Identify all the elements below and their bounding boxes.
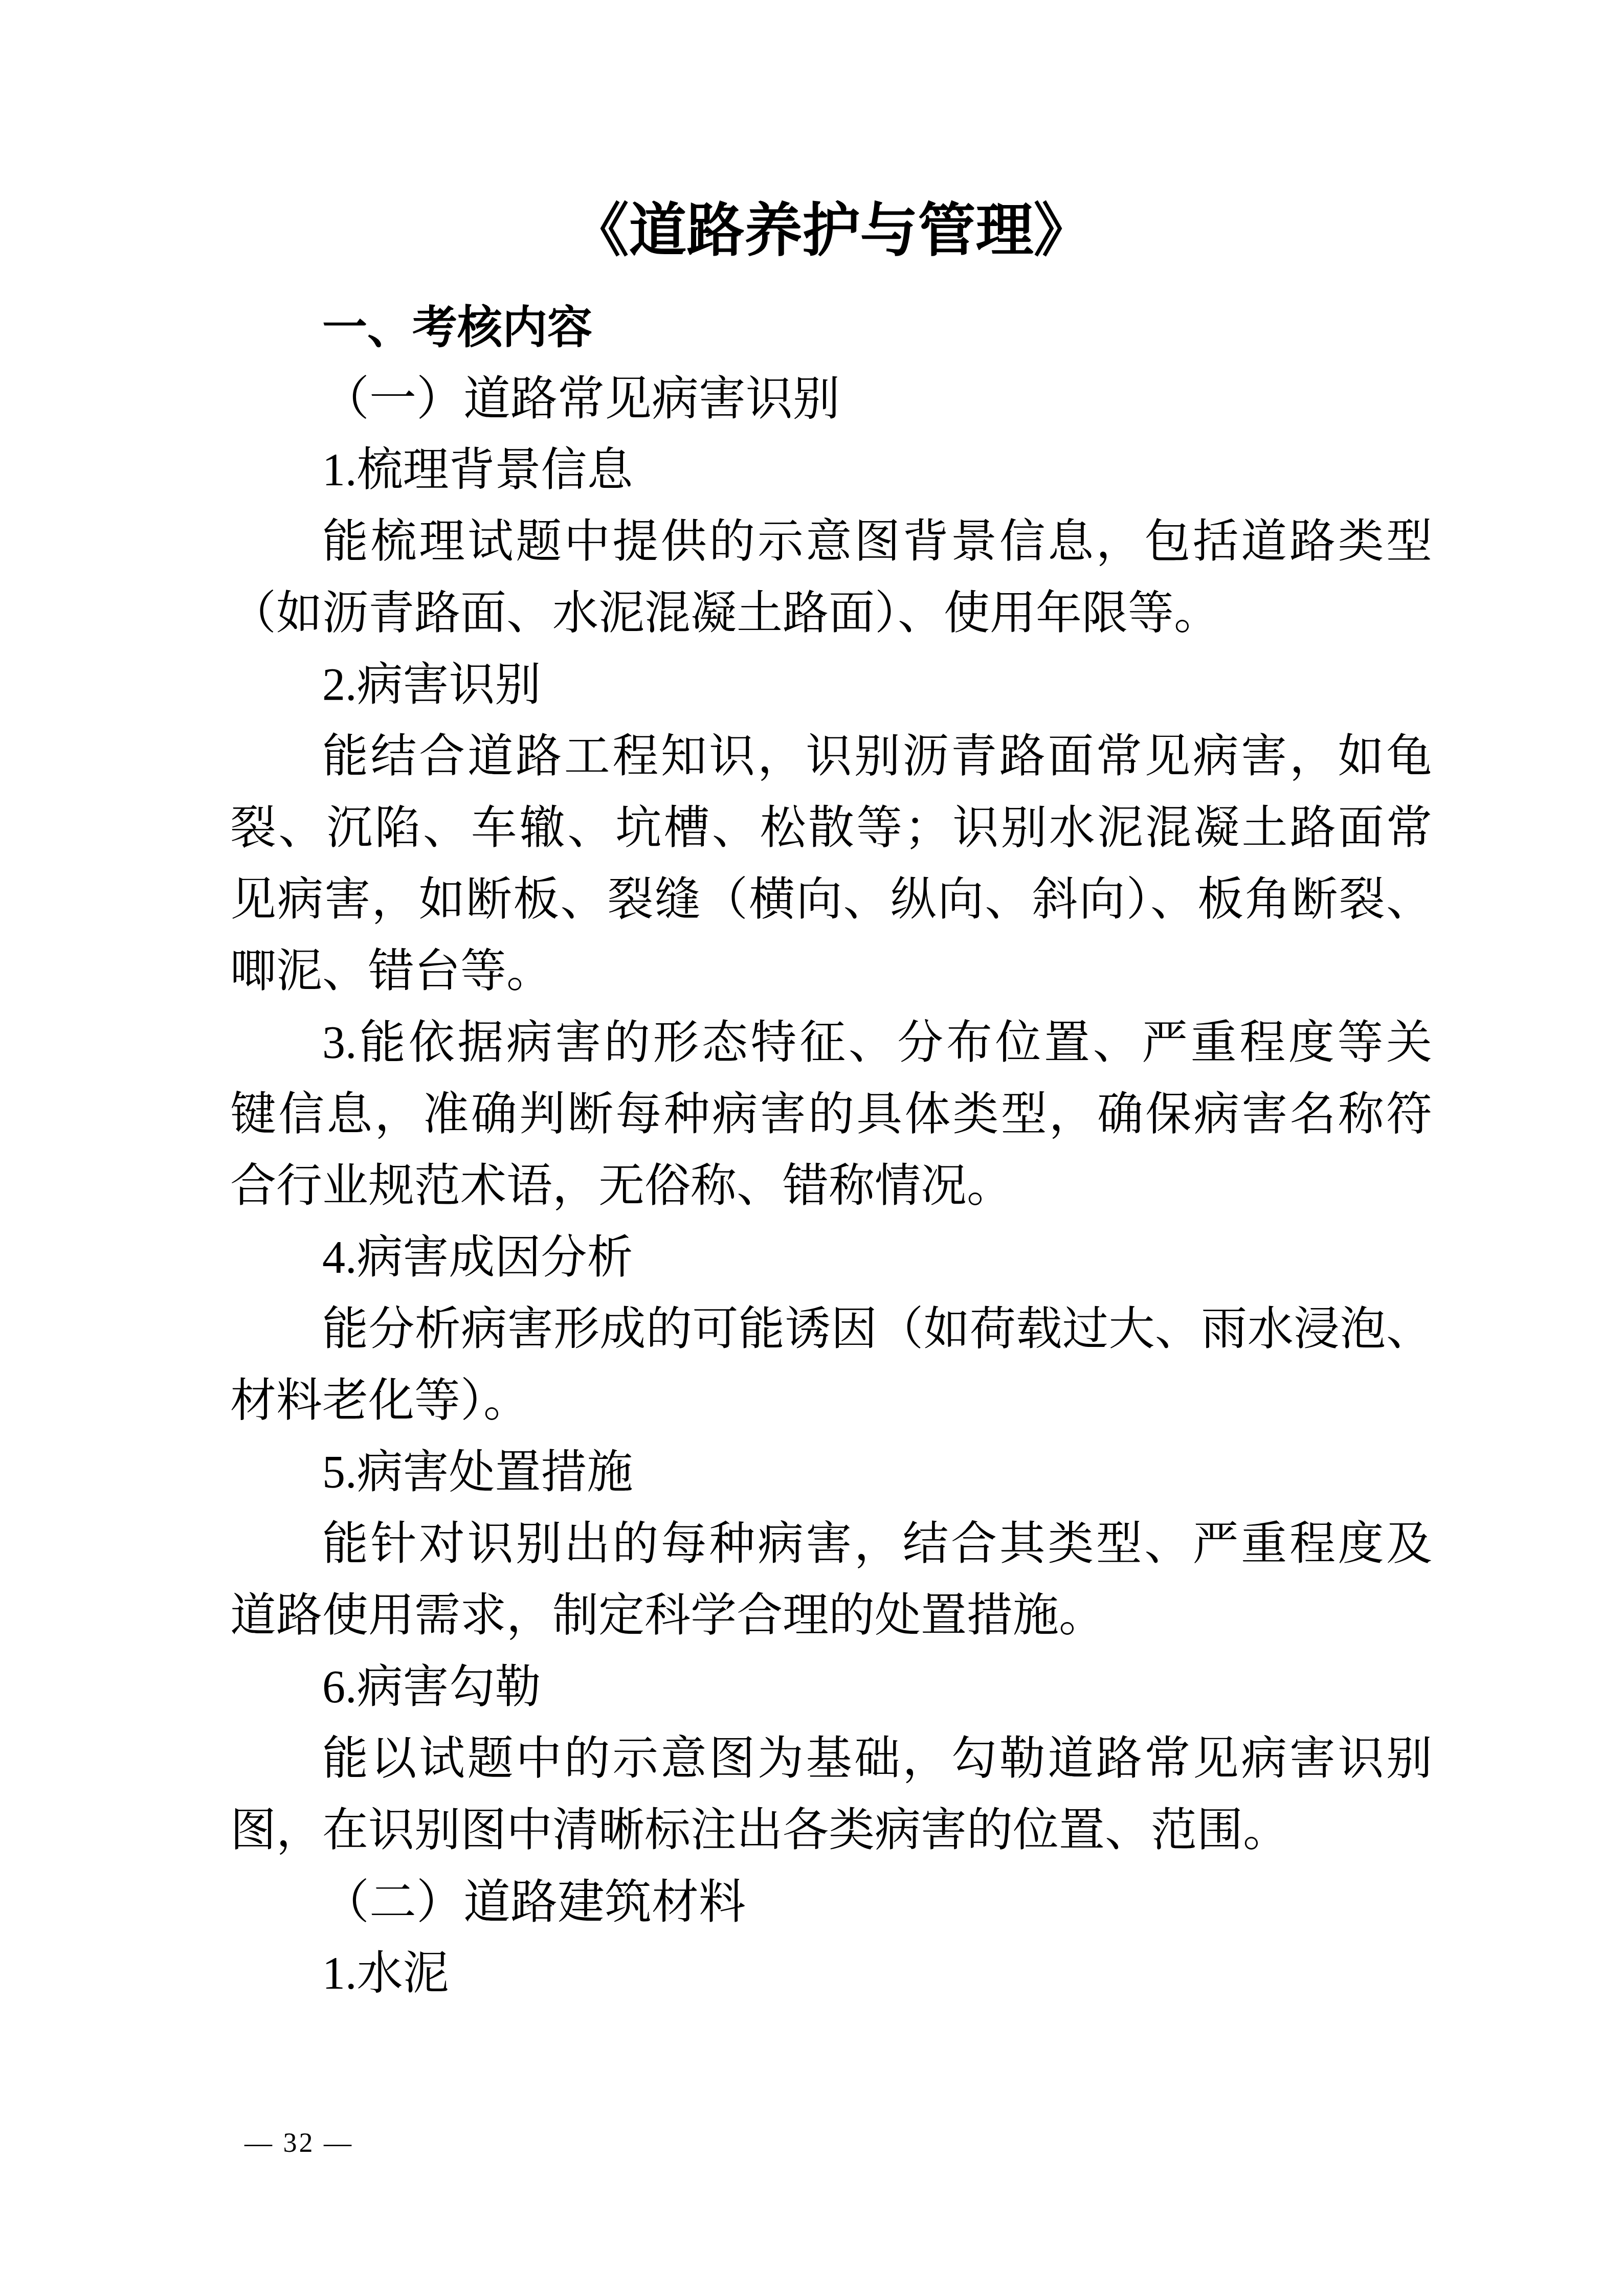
text-line: 道路使用需求，制定科学合理的处置措施。: [230, 1580, 1432, 1652]
text-line: 能针对识别出的每种病害，结合其类型、严重程度及: [230, 1509, 1432, 1580]
text-line: 1.水泥: [230, 1938, 1432, 2010]
text-line: 能梳理试题中提供的示意图背景信息，包括道路类型: [230, 506, 1432, 578]
document-page: 《道路养护与管理》 一、考核内容（一）道路常见病害识别1.梳理背景信息能梳理试题…: [0, 0, 1624, 2296]
text-line: 能分析病害形成的可能诱因（如荷载过大、雨水浸泡、: [230, 1294, 1432, 1365]
text-line: 3.能依据病害的形态特征、分布位置、严重程度等关: [230, 1007, 1432, 1079]
text-line: （如沥青路面、水泥混凝土路面）、使用年限等。: [230, 578, 1432, 649]
text-line: 材料老化等）。: [230, 1365, 1432, 1437]
document-body: 一、考核内容（一）道路常见病害识别1.梳理背景信息能梳理试题中提供的示意图背景信…: [230, 291, 1432, 2010]
subsection-heading: （一）道路常见病害识别: [230, 363, 1432, 435]
text-line: 唧泥、错台等。: [230, 936, 1432, 1007]
subsection-heading: （二）道路建筑材料: [230, 1866, 1432, 1938]
text-line: 键信息，准确判断每种病害的具体类型，确保病害名称符: [230, 1079, 1432, 1151]
document-content: 《道路养护与管理》 一、考核内容（一）道路常见病害识别1.梳理背景信息能梳理试题…: [230, 197, 1432, 2010]
text-line: 能以试题中的示意图为基础，勾勒道路常见病害识别: [230, 1723, 1432, 1795]
section-heading: 一、考核内容: [230, 291, 1432, 363]
text-line: 5.病害处置措施: [230, 1437, 1432, 1509]
text-line: 图，在识别图中清晰标注出各类病害的位置、范围。: [230, 1795, 1432, 1866]
text-line: 1.梳理背景信息: [230, 435, 1432, 506]
text-line: 6.病害勾勒: [230, 1652, 1432, 1723]
page-number: — 32 —: [244, 2127, 353, 2158]
text-line: 裂、沉陷、车辙、坑槽、松散等；识别水泥混凝土路面常: [230, 793, 1432, 864]
document-title: 《道路养护与管理》: [230, 197, 1432, 265]
text-line: 2.病害识别: [230, 649, 1432, 721]
text-line: 4.病害成因分析: [230, 1222, 1432, 1294]
text-line: 能结合道路工程知识，识别沥青路面常见病害，如龟: [230, 721, 1432, 793]
text-line: 合行业规范术语，无俗称、错称情况。: [230, 1151, 1432, 1222]
text-line: 见病害，如断板、裂缝（横向、纵向、斜向）、板角断裂、: [230, 864, 1432, 936]
